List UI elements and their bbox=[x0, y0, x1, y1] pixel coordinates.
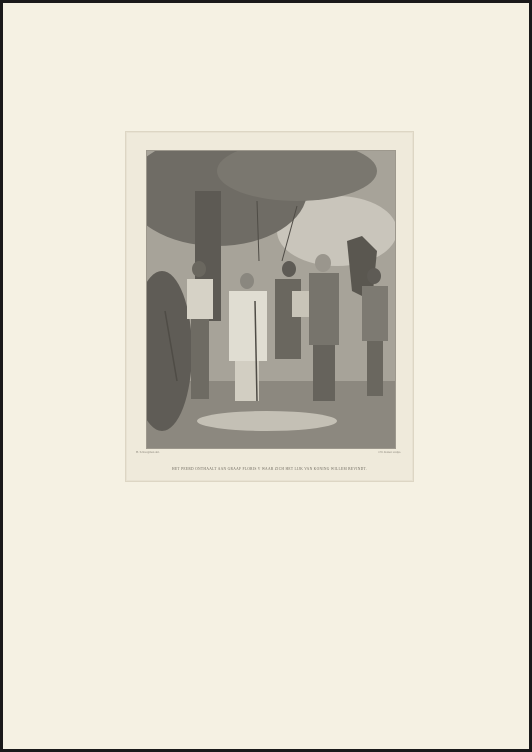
artist-credit: H. Schwegman del. bbox=[136, 450, 160, 454]
engraving-scene bbox=[147, 151, 395, 448]
print-caption: HET PEERD ONTHAALT AAN GRAAF FLORIS V WA… bbox=[126, 467, 413, 471]
engraver-credit: J.W. Kaiser sculps. bbox=[378, 450, 401, 454]
engraving-image bbox=[146, 150, 396, 449]
paper-mount: H. Schwegman del. J.W. Kaiser sculps. HE… bbox=[3, 3, 529, 749]
print-plate: H. Schwegman del. J.W. Kaiser sculps. HE… bbox=[125, 131, 414, 482]
